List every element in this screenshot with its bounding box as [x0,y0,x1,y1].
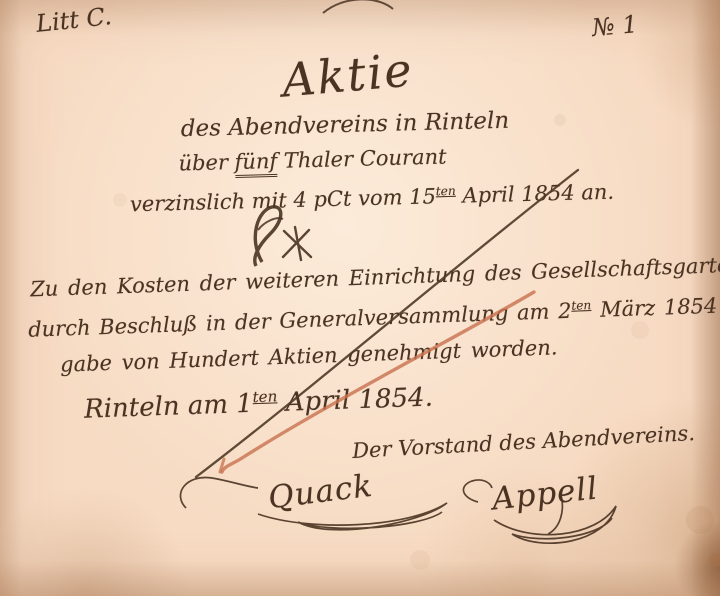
interest-line-superscript: ten [436,184,456,199]
body-line-3: gabe von Hundert Aktien genehmigt worden… [60,335,558,376]
place-date-post: April 1854. [277,383,433,418]
body-line-2-pre: durch Beschluß in der Generalversammlung… [28,299,572,342]
double-x-cancellation-mark [283,227,311,260]
issuer-line: Der Vorstand des Abendvereins. [352,421,696,463]
body-line-2: durch Beschluß in der Generalversammlung… [28,290,720,341]
share-certificate-document: Litt C. № 1 Aktie des Abendvereins in Ri… [0,0,720,596]
body-line-2-post: März 1854 die Aus. [591,290,720,322]
document-title: Aktie [280,42,416,107]
value-line-pre: über [178,150,235,175]
interest-line-post: April 1854 an. [456,180,615,208]
signature-left: Quack [266,468,375,517]
red-stroke-end-hook [220,459,224,472]
place-date-pre: Rinteln am 1 [84,389,254,425]
paraph-mark [255,207,281,266]
certificate-number: № 1 [591,10,639,42]
signature-right: Appell [490,471,599,518]
value-amount: fünf [234,149,277,178]
place-date-line: Rinteln am 1ten April 1854. [84,382,434,425]
value-line: über fünf Thaler Courant [0,140,625,180]
interest-line: verzinslich mit 4 pCt vom 15ten April 18… [24,177,720,219]
value-line-post: Thaler Courant [277,144,447,172]
body-line-1: Zu den Kosten der weiteren Einrichtung d… [30,251,720,302]
top-edge-flourish [323,0,393,13]
place-date-superscript: ten [252,387,277,406]
body-line-2-superscript: ten [571,298,591,313]
interest-line-pre: verzinslich mit 4 pCt vom 15 [130,184,437,216]
series-label: Litt C. [35,2,113,38]
paraph-mark-tail [258,218,283,230]
